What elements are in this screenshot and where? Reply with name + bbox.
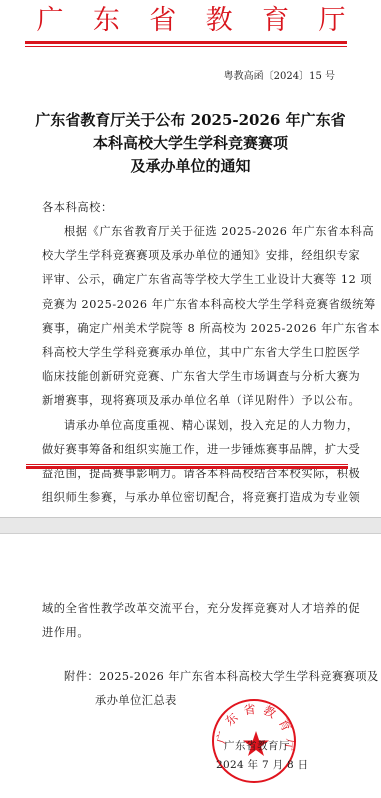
title-line: 及承办单位的通知 [0, 155, 381, 178]
title-line: 本科高校大学生学科竞赛赛项 [0, 132, 381, 155]
paragraph-line: 根据《广东省教育厅关于征选 2025-2026 年广东省本科高 [42, 220, 338, 244]
salutation-text: 各本科高校： [42, 196, 338, 220]
signature-date: 2024 年 7 月 8 日 [216, 758, 308, 772]
masthead-char: 教 [205, 4, 233, 36]
paragraph-line: 域的全省性教学改革交流平台，充分发挥竞赛对人才培养的促 [42, 597, 338, 621]
signature-organization: 广东省教育厅 [224, 739, 290, 753]
masthead-char: 育 [262, 4, 290, 36]
document-number: 粤教高函〔2024〕15 号 [224, 70, 335, 84]
document-page-1: 广 东 省 教 育 厅 粤教高函〔2024〕15 号 广东省教育厅关于公布 20… [0, 0, 381, 517]
masthead-title: 广 东 省 教 育 厅 [36, 4, 346, 36]
paragraph-line: 竞赛为 2025-2026 年广东省本科高校大学生学科竞赛省级统筹 [42, 293, 338, 317]
document-title: 广东省教育厅关于公布 2025-2026 年广东省 本科高校大学生学科竞赛赛项 … [0, 109, 381, 178]
paragraph-line: 校大学生学科竞赛赛项及承办单位的通知》安排，经组织专家 [42, 244, 338, 268]
attachment-title: 2025-2026 年广东省本科高校大学生学科竞赛赛项及 [99, 670, 379, 683]
attachment-label: 附件： [64, 670, 99, 683]
masthead-char: 省 [149, 4, 177, 36]
paragraph-line: 新增赛事，现将赛项及承办单位名单（详见附件）予以公布。 [42, 389, 338, 413]
masthead-char: 广 [36, 4, 64, 36]
paragraph-line: 进作用。 [42, 621, 338, 645]
salutation: 各本科高校： [42, 196, 338, 220]
footer-rule-thick [26, 466, 348, 469]
masthead-rule-thick [25, 41, 347, 44]
paragraph-line: 评审、公示，确定广东省高等学校大学生工业设计大赛等 12 项 [42, 268, 338, 292]
paragraph-line: 做好赛事筹备和组织实施工作，进一步锤炼赛事品牌，扩大受 [42, 438, 338, 462]
title-line: 广东省教育厅关于公布 2025-2026 年广东省 [0, 109, 381, 132]
paragraph-line: 科高校大学生学科竞赛承办单位，其中广东省大学生口腔医学 [42, 341, 338, 365]
masthead-char: 东 [92, 4, 120, 36]
masthead-rule-thin [25, 46, 347, 47]
paragraph-line: 组织师生参赛，与承办单位密切配合，将竞赛打造成为专业领 [42, 486, 338, 510]
paragraph-line: 赛事，确定广州美术学院等 8 所高校为 2025-2026 年广东省本 [42, 317, 338, 341]
paragraph-line: 临床技能创新研究竞赛、广东省大学生市场调查与分析大赛为 [42, 365, 338, 389]
paragraph-line: 请承办单位高度重视、精心谋划，投入充足的人力物力， [42, 414, 338, 438]
page2-paragraph: 域的全省性教学改革交流平台，充分发挥竞赛对人才培养的促 进作用。 [42, 597, 338, 645]
masthead-char: 厅 [318, 4, 346, 36]
page-separator [0, 517, 381, 534]
footer-rule-thin [26, 464, 348, 465]
